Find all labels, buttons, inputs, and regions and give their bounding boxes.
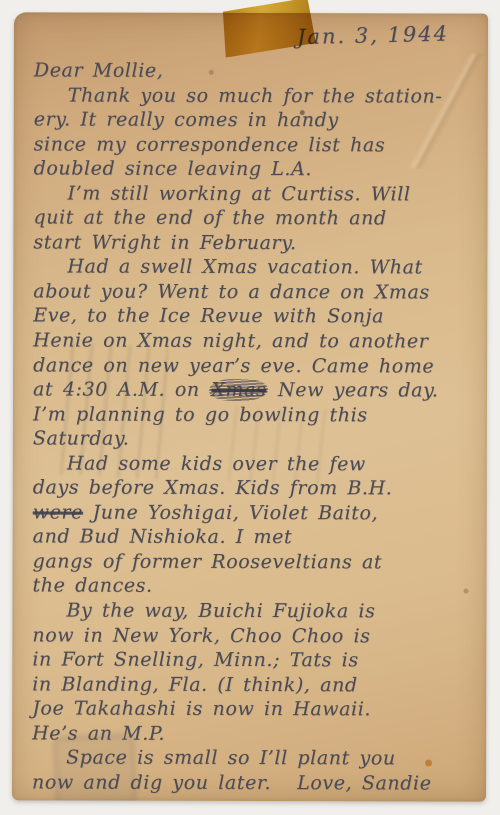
letter-text: June Yoshigai, Violet Baito,	[83, 501, 378, 524]
letter-text: By the way, Buichi Fujioka is	[66, 600, 375, 623]
letter-line: By the way, Buichi Fujioka is	[32, 598, 480, 624]
letter-text: gangs of former Rooseveltians at	[33, 550, 383, 573]
letter-text: at 4:30 A.M. on	[33, 379, 209, 401]
letter-line: the dances.	[32, 574, 480, 600]
letter-text: in Fort Snelling, Minn.; Tats is	[32, 649, 358, 672]
letter-text: now and dig you later.	[32, 771, 271, 794]
letter-text: I’m planning to go bowling this	[33, 403, 368, 426]
letter-line: since my correspondence list has	[34, 132, 482, 158]
letter-line: about you? Went to a dance on Xmas	[33, 279, 481, 305]
letter-text: Space is small so I’ll plant you	[66, 747, 396, 770]
letter-text: Joe Takahashi is now in Hawaii.	[32, 698, 371, 721]
letter-text: now in New York, Choo Choo is	[32, 624, 370, 647]
letter-line: in Fort Snelling, Minn.; Tats is	[32, 648, 480, 674]
letter-line: He’s an M.P.	[32, 721, 480, 747]
salutation: Dear Mollie,	[34, 59, 164, 81]
paper-specks	[14, 12, 17, 15]
letter-line: Henie on Xmas night, and to another	[33, 328, 481, 354]
letter-text: Henie on Xmas night, and to another	[33, 329, 428, 352]
letter-text: I’m still working at Curtiss. Will	[68, 182, 411, 205]
letter-line: doubled since leaving L.A.	[34, 157, 482, 183]
letter-text: Saturday.	[33, 428, 130, 450]
letter-text: New years day.	[268, 379, 438, 401]
letter-text: dance on new year’s eve. Came home	[33, 354, 434, 377]
photo-background: Jan. 3, 1944 Dear Mollie,Thank you so mu…	[0, 0, 500, 815]
letter-text: ery. It really comes in handy	[34, 109, 339, 132]
letter-line: quit at the end of the month and	[33, 206, 481, 232]
letter-text: about you? Went to a dance on Xmas	[33, 280, 430, 303]
letter-line: start Wright in February.	[33, 230, 481, 256]
crossed-out-word: Xmas	[209, 379, 268, 401]
letter-text: Eve, to the Ice Revue with Sonja	[33, 305, 384, 328]
letter-line: now and dig you later.Love, Sandie	[32, 770, 480, 796]
letter-text: doubled since leaving L.A.	[34, 158, 312, 181]
letter-line: Eve, to the Ice Revue with Sonja	[33, 304, 481, 330]
letter-line: now in New York, Choo Choo is	[32, 623, 480, 649]
letter-text: start Wright in February.	[33, 231, 296, 254]
letter-line: Space is small so I’ll plant you	[32, 746, 480, 772]
letter-line: ery. It really comes in handy	[34, 108, 482, 134]
letter-text: since my correspondence list has	[34, 133, 386, 156]
letter-text: He’s an M.P.	[32, 722, 165, 744]
letter-paper: Jan. 3, 1944 Dear Mollie,Thank you so mu…	[12, 12, 488, 801]
letter-line: days before Xmas. Kids from B.H.	[33, 476, 481, 502]
letter-text: Thank you so much for the station-	[68, 84, 443, 107]
letter-line: Joe Takahashi is now in Hawaii.	[32, 697, 480, 723]
signature: Love, Sandie	[297, 772, 431, 794]
letter-text: and Bud Nishioka. I met	[33, 526, 293, 549]
letter-date: Jan. 3, 1944	[297, 22, 449, 50]
letter-line: and Bud Nishioka. I met	[33, 525, 481, 551]
letter-line: I’m planning to go bowling this	[33, 402, 481, 428]
letter-line: I’m still working at Curtiss. Will	[34, 181, 482, 207]
letter-line: Dear Mollie,	[34, 58, 482, 84]
letter-line: Saturday.	[33, 427, 481, 453]
letter-line: in Blanding, Fla. (I think), and	[32, 672, 480, 698]
letter-line: dance on new year’s eve. Came home	[33, 353, 481, 379]
letter-text: days before Xmas. Kids from B.H.	[33, 477, 393, 500]
letter-text: Had some kids over the few	[67, 452, 366, 475]
letter-line: gangs of former Rooseveltians at	[33, 549, 481, 575]
letter-line: Thank you so much for the station-	[34, 83, 482, 109]
crossed-out-word: were	[33, 501, 83, 523]
letter-line: were June Yoshigai, Violet Baito,	[33, 500, 481, 526]
letter-text: Had a swell Xmas vacation. What	[67, 256, 422, 279]
letter-body: Dear Mollie,Thank you so much for the st…	[32, 58, 482, 796]
letter-line: at 4:30 A.M. on Xmas New years day.	[33, 378, 481, 404]
letter-line: Had a swell Xmas vacation. What	[33, 255, 481, 281]
letter-text: in Blanding, Fla. (I think), and	[32, 673, 357, 696]
letter-line: Had some kids over the few	[33, 451, 481, 477]
letter-text: quit at the end of the month and	[33, 207, 386, 230]
letter-text: the dances.	[33, 575, 153, 597]
